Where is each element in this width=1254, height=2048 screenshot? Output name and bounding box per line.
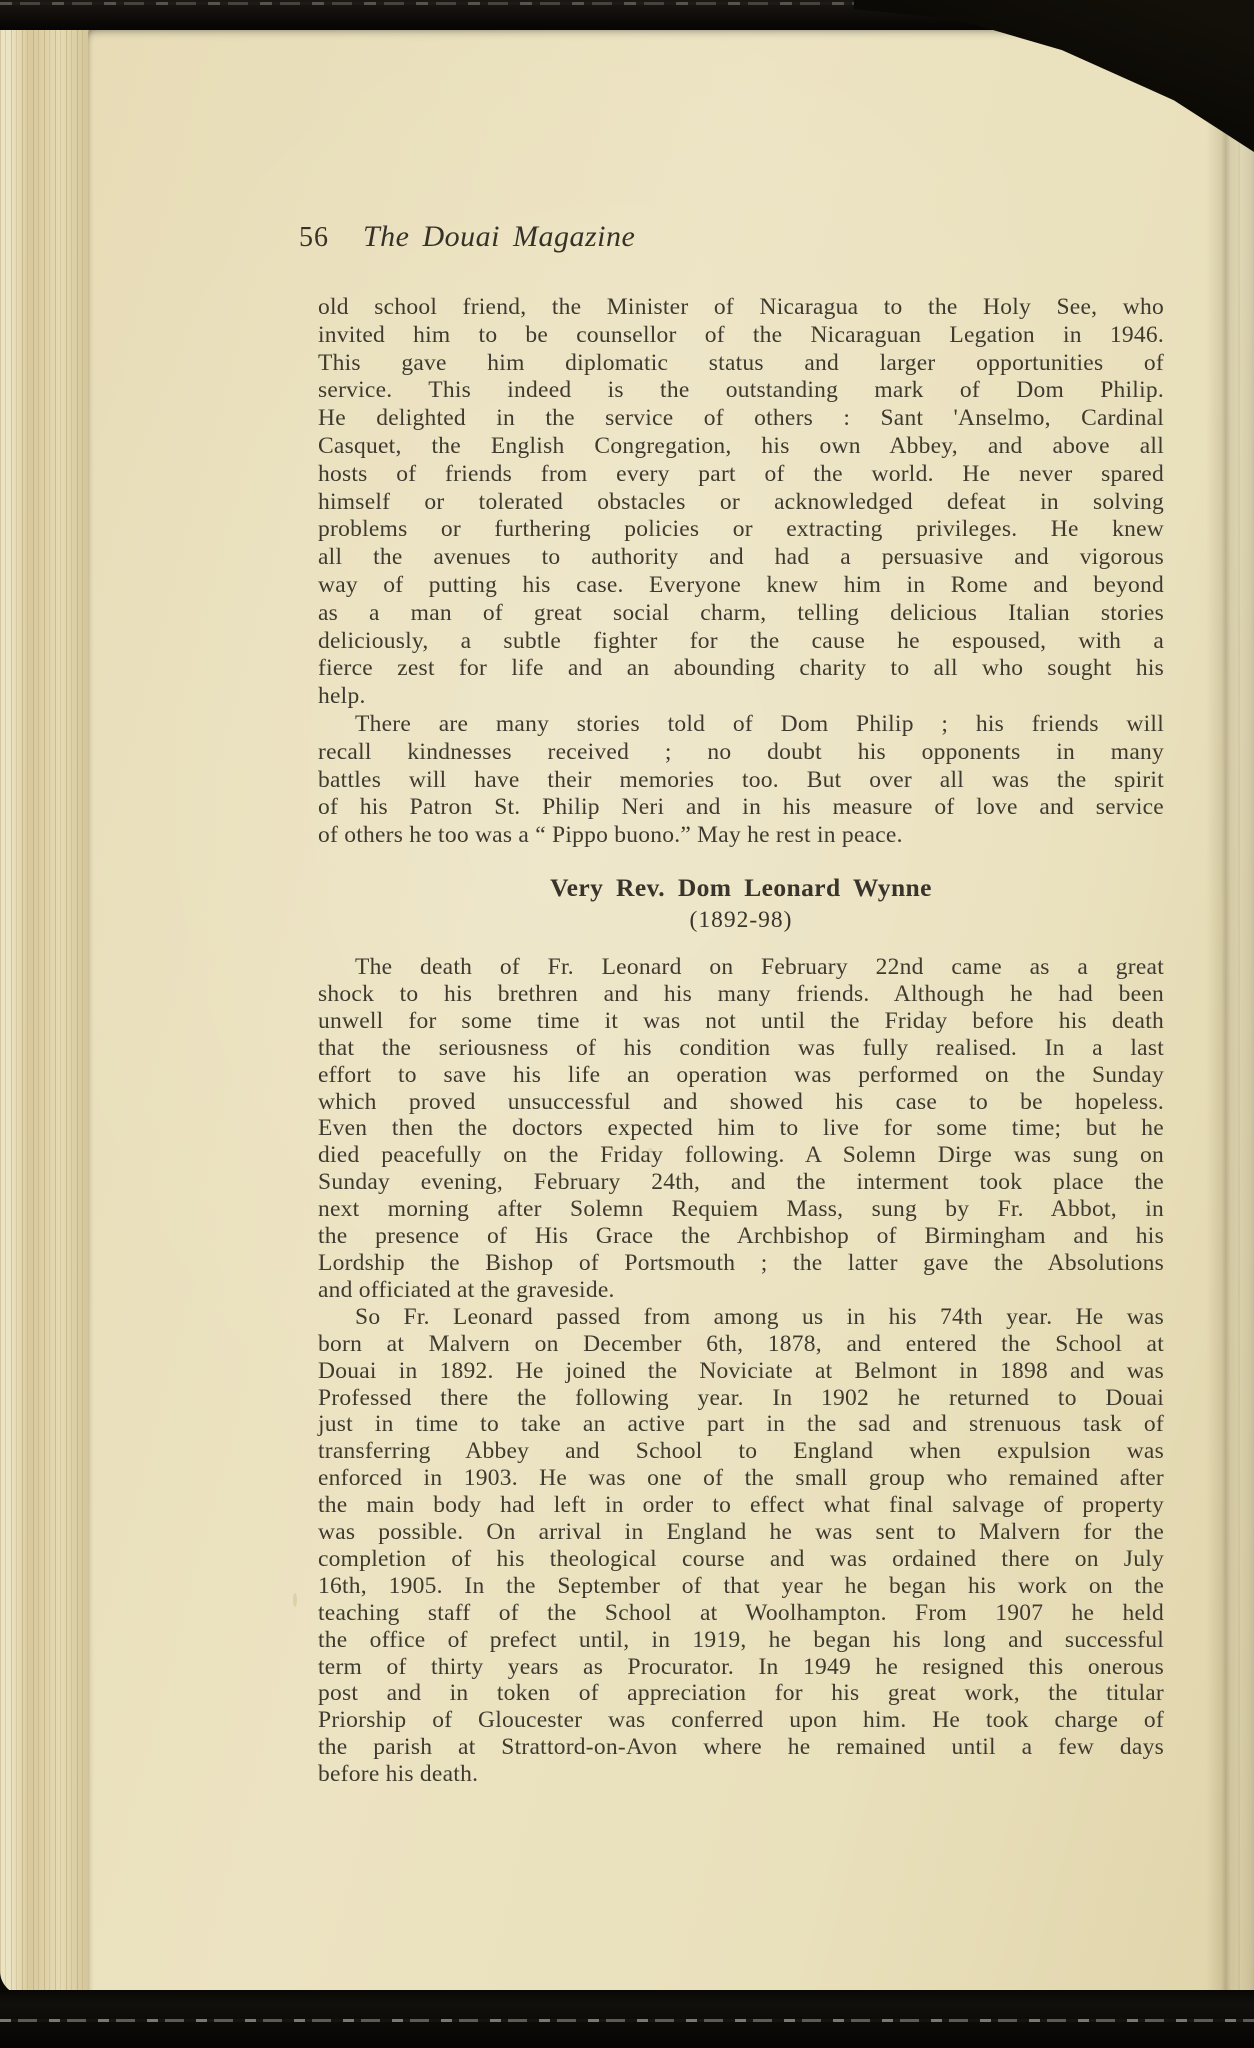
paragraph-philip-1: old school friend, the Minister of Nicar… [318,294,1164,711]
text-line: effort to save his life an operation was… [318,1062,1164,1089]
obituary-wynne-text: The death of Fr. Leonard on February 22n… [318,954,1164,1788]
text-line: was possible. On arrival in England he w… [318,1519,1164,1546]
text-line: as a man of great social charm, telling … [318,600,1164,628]
text-line: This gave him diplomatic status and larg… [318,350,1164,378]
text-line: of his Patron St. Philip Neri and in his… [318,794,1164,822]
text-line: There are many stories told of Dom Phili… [318,711,1164,739]
page-gutter-crease [1206,28,1240,1992]
text-line: The death of Fr. Leonard on February 22n… [318,954,1164,981]
text-line: enforced in 1903. He was one of the smal… [318,1465,1164,1492]
text-line: the presence of His Grace the Archbishop… [318,1223,1164,1250]
text-line: deliciously, a subtle fighter for the ca… [318,628,1164,656]
paragraph-wynne-1: The death of Fr. Leonard on February 22n… [318,954,1164,1304]
text-line: service. This indeed is the outstanding … [318,377,1164,405]
text-line: completion of his theological course and… [318,1546,1164,1573]
text-line: term of thirty years as Procurator. In 1… [318,1654,1164,1681]
text-line: which proved unsuccessful and showed his… [318,1089,1164,1116]
text-line: Even then the doctors expected him to li… [318,1115,1164,1142]
text-line: Priorship of Gloucester was conferred up… [318,1707,1164,1734]
page-stack-fore-edges [0,26,98,1995]
text-line: teaching staff of the School at Woolhamp… [318,1600,1164,1627]
paragraph-philip-2: There are many stories told of Dom Phili… [318,711,1164,850]
cover-bottom-stitching [0,2019,1254,2022]
text-line: fierce zest for life and an abounding ch… [318,655,1164,683]
text-line: Sunday evening, February 24th, and the i… [318,1169,1164,1196]
obituary-wynne-heading: Very Rev. Dom Leonard Wynne (1892-98) [318,873,1164,934]
book-photo: 56The Douai Magazine old school friend, … [0,0,1254,2048]
text-line: shock to his brethren and his many frien… [318,981,1164,1008]
page-right-shadow [1238,28,1254,1992]
text-line: help. [318,683,1164,711]
magazine-page: 56The Douai Magazine old school friend, … [88,28,1254,1992]
text-line: hosts of friends from every part of the … [318,461,1164,489]
text-line: next morning after Solemn Requiem Mass, … [318,1196,1164,1223]
text-line: the office of prefect until, in 1919, he… [318,1627,1164,1654]
obituary-philip-text: old school friend, the Minister of Nicar… [318,294,1164,850]
text-line: Douai in 1892. He joined the Noviciate a… [318,1358,1164,1385]
text-line: just in time to take an active part in t… [318,1411,1164,1438]
text-line: battles will have their memories too. Bu… [318,767,1164,795]
text-line: of others he too was a “ Pippo buono.” M… [318,822,1164,850]
text-line: way of putting his case. Everyone knew h… [318,572,1164,600]
text-line: died peacefully on the Friday following.… [318,1142,1164,1169]
text-line: Professed there the following year. In 1… [318,1385,1164,1412]
paragraph-wynne-2: So Fr. Leonard passed from among us in h… [318,1304,1164,1788]
running-header: 56The Douai Magazine [299,220,635,254]
text-line: So Fr. Leonard passed from among us in h… [318,1304,1164,1331]
text-line: unwell for some time it was not until th… [318,1008,1164,1035]
text-line: He delighted in the service of others : … [318,405,1164,433]
page-number: 56 [299,222,329,253]
text-line: and officiated at the graveside. [318,1277,1164,1304]
text-line: the main body had left in order to effec… [318,1492,1164,1519]
text-line: that the seriousness of his condition wa… [318,1035,1164,1062]
text-line: invited him to be counsellor of the Nica… [318,322,1164,350]
text-line: transferring Abbey and School to England… [318,1438,1164,1465]
text-line: the parish at Strattord-on-Avon where he… [318,1734,1164,1761]
text-line: all the avenues to authority and had a p… [318,544,1164,572]
text-line: recall kindnesses received ; no doubt hi… [318,739,1164,767]
text-line: Casquet, the English Congregation, his o… [318,433,1164,461]
magazine-title: The Douai Magazine [363,220,635,253]
text-line: himself or tolerated obstacles or acknow… [318,489,1164,517]
text-line: born at Malvern on December 6th, 1878, a… [318,1331,1164,1358]
obituary-heading-title: Very Rev. Dom Leonard Wynne [318,873,1164,903]
text-line: post and in token of appreciation for hi… [318,1680,1164,1707]
text-line: before his death. [318,1761,1164,1788]
text-line: problems or furthering policies or extra… [318,516,1164,544]
obituary-heading-years: (1892-98) [318,907,1164,934]
text-line: 16th, 1905. In the September of that yea… [318,1573,1164,1600]
text-line: old school friend, the Minister of Nicar… [318,294,1164,322]
book-cover-bottom-edge [0,1990,1254,2048]
text-line: Lordship the Bishop of Portsmouth ; the … [318,1250,1164,1277]
paper-blemish [293,1593,297,1607]
